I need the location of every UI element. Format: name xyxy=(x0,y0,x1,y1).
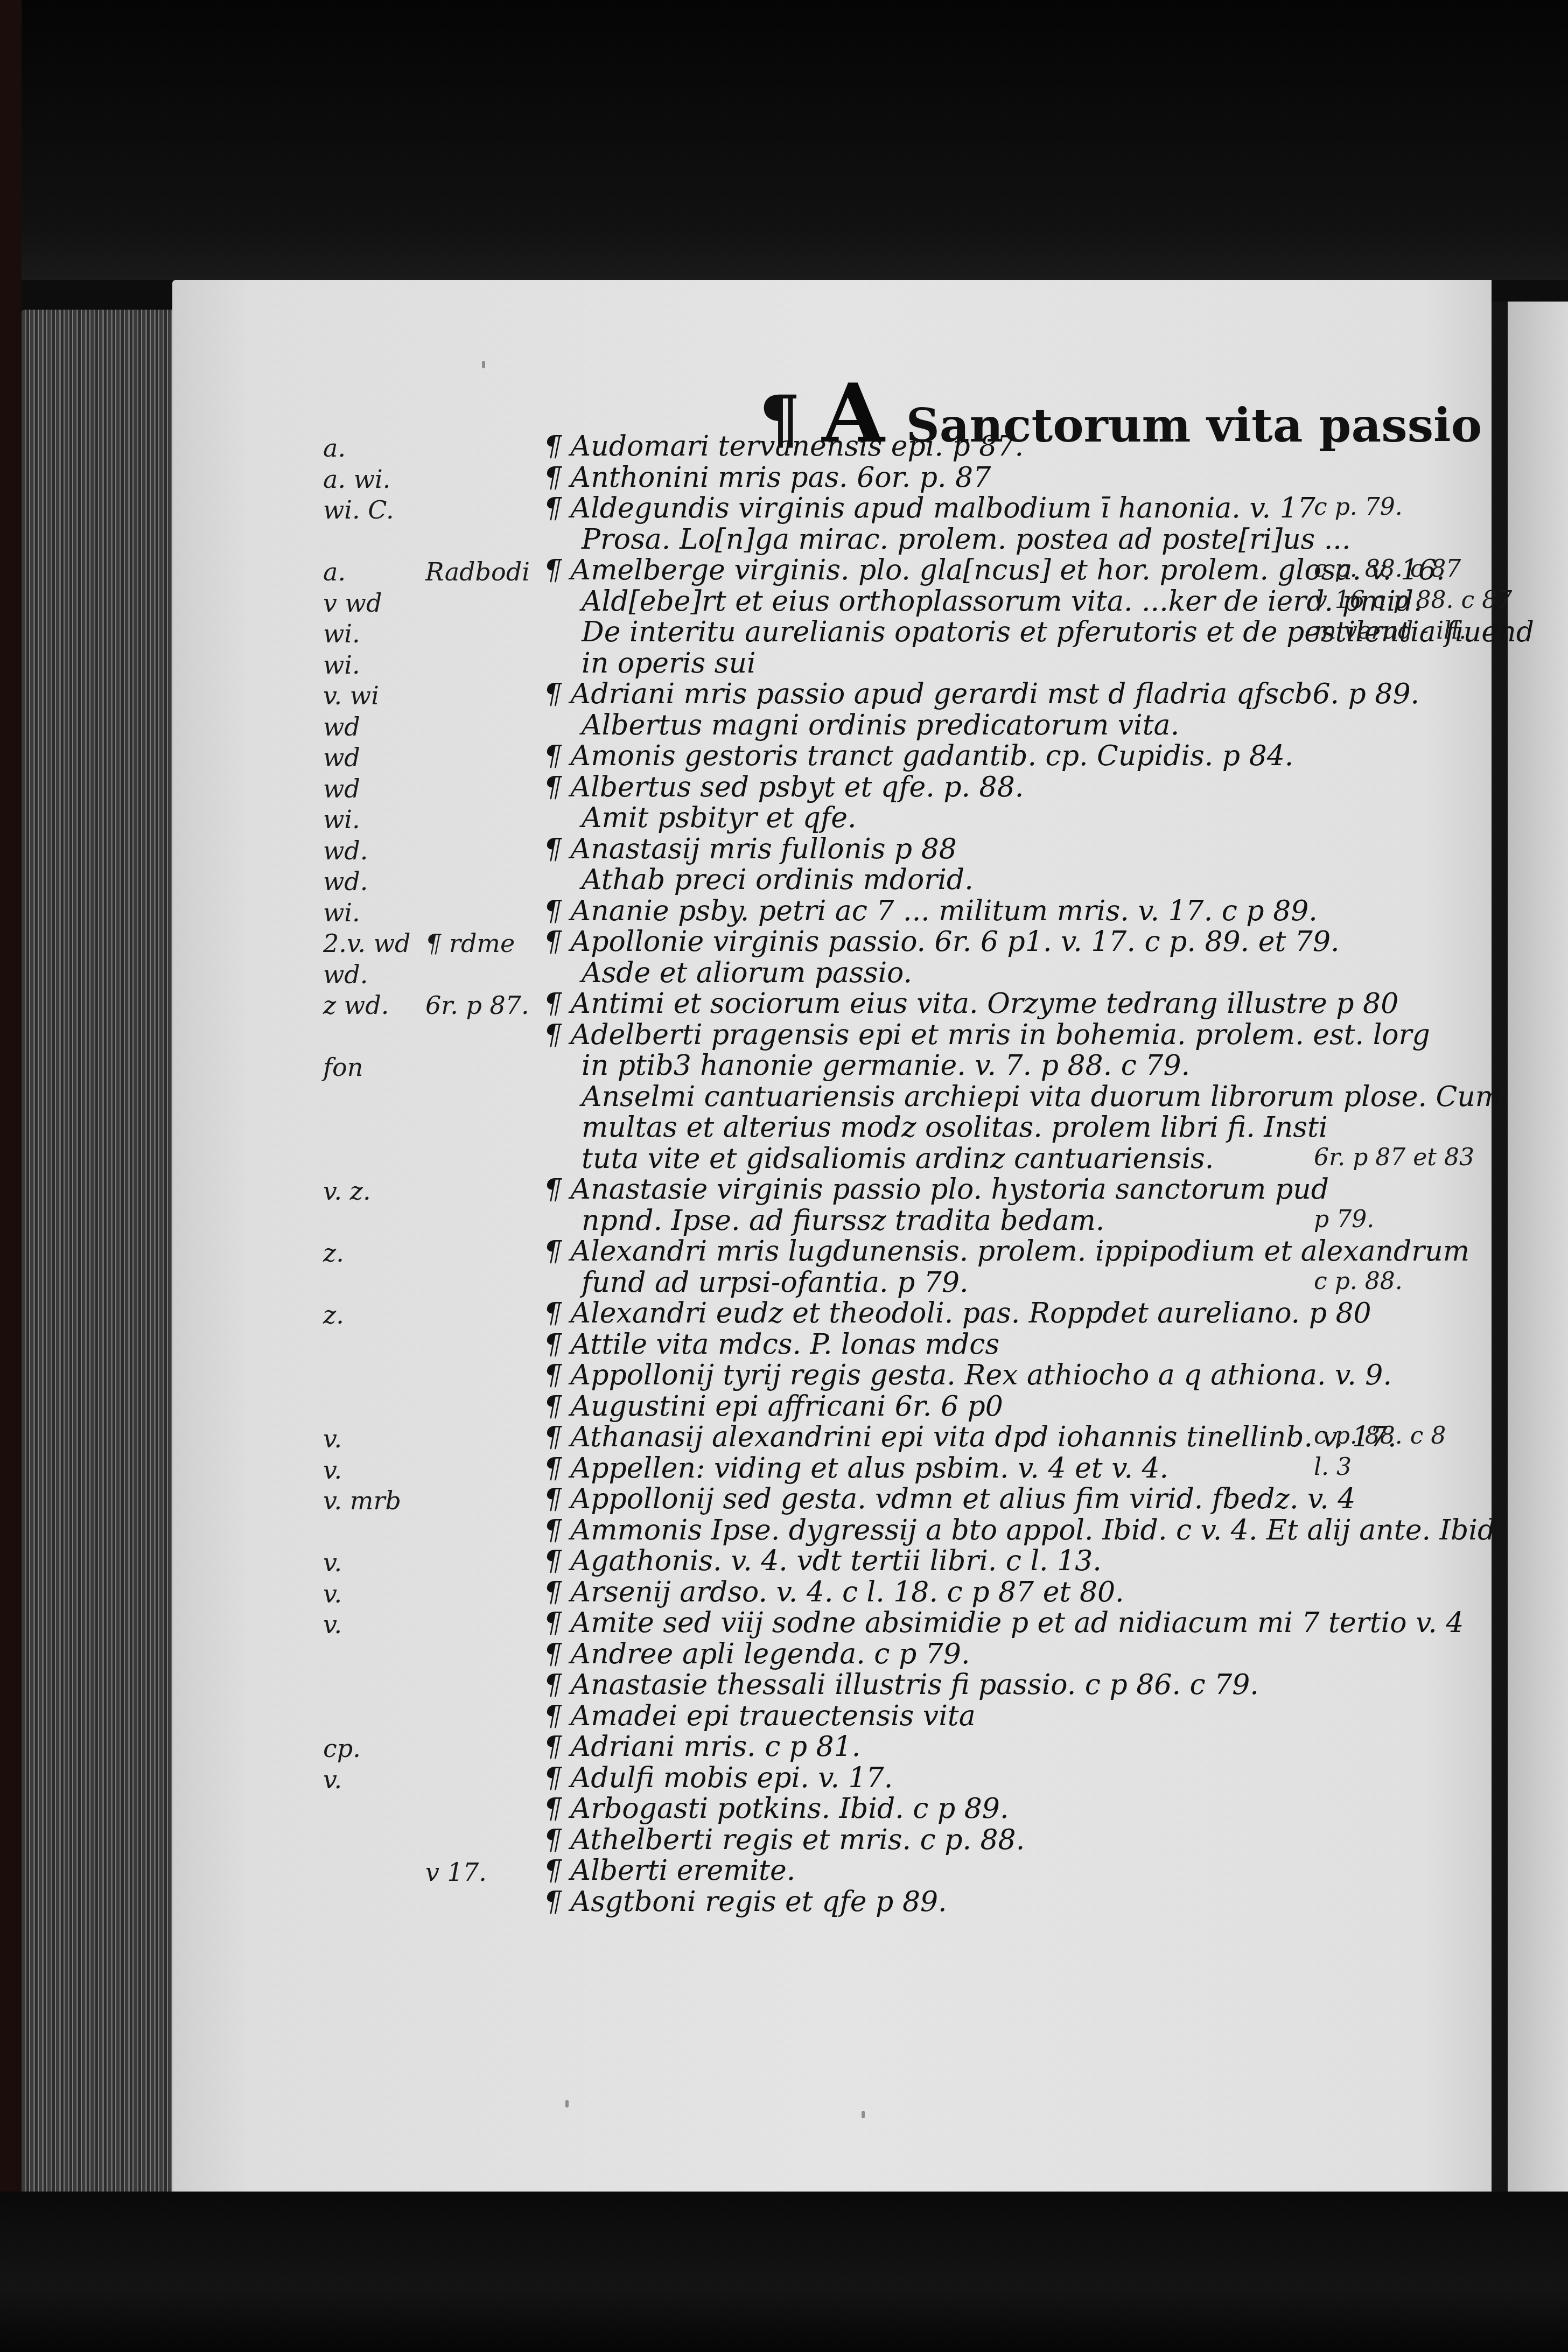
index-entry: ¶ Ananie psby. petri ac 7 ... militum mr… xyxy=(544,895,1318,927)
index-entry: ¶ Anastasie virginis passio plo. hystori… xyxy=(544,1173,1329,1206)
right-margin-note: c p. 88. c 8 xyxy=(1314,1422,1446,1450)
index-entry: ¶ Alexandri mris lugdunensis. prolem. ip… xyxy=(544,1235,1469,1268)
index-entry: ¶ Amite sed viij sodne absimidie p et ad… xyxy=(544,1607,1464,1639)
index-entry: ¶ Arsenij ardso. v. 4. c l. 18. c p 87 e… xyxy=(544,1576,1124,1608)
index-entry: Albertus magni ordinis predicatorum vita… xyxy=(582,709,1179,741)
margin-siglum: wd. xyxy=(323,836,368,865)
margin-annotation: Radbodi xyxy=(425,557,530,586)
paper-speck xyxy=(862,2111,865,2118)
index-entry: fund ad urpsi-ofantia. p 79. xyxy=(582,1266,969,1299)
index-entry: ¶ Anthonini mris pas. 6or. p. 87 xyxy=(544,461,991,494)
right-margin-note: c p. 88. c 87 xyxy=(1314,555,1461,583)
index-entry: ¶ Anastasie thessali illustris fi passio… xyxy=(544,1669,1259,1701)
index-entry: Asde et aliorum passio. xyxy=(582,957,912,989)
margin-siglum: wd xyxy=(323,743,360,772)
index-entry: in ptib3 hanonie germanie. v. 7. p 88. c… xyxy=(582,1049,1190,1082)
index-entry: ¶ Athelberti regis et mris. c p. 88. xyxy=(544,1824,1025,1856)
right-margin-note: v 16 c p 88. c 87 xyxy=(1314,586,1512,614)
right-margin-note: c p. 88. xyxy=(1314,1268,1403,1295)
index-entry: ¶ Agathonis. v. 4. vdt tertii libri. c l… xyxy=(544,1545,1102,1577)
index-entry: ¶ Appollonij tyrij regis gesta. Rex athi… xyxy=(544,1359,1392,1391)
right-margin-note: m verud - ill. xyxy=(1314,617,1466,645)
margin-siglum: v. xyxy=(323,1610,342,1639)
photo-background-bottom xyxy=(0,2192,1568,2352)
margin-siglum: wd xyxy=(323,774,360,803)
index-entry: ¶ Appollonij sed gesta. vdmn et alius fi… xyxy=(544,1483,1355,1515)
index-entry: tuta vite et gidsaliomis ardinz cantuari… xyxy=(582,1143,1214,1175)
index-entry: ¶ Ammonis Ipse. dygressij a bto appol. I… xyxy=(544,1514,1495,1546)
margin-siglum: v. xyxy=(323,1765,342,1794)
margin-siglum: wi. xyxy=(323,619,360,648)
index-entry: ¶ Albertus sed psbyt et qfe. p. 88. xyxy=(544,771,1024,803)
index-entry: ¶ Anastasij mris fullonis p 88 xyxy=(544,833,957,865)
margin-annotation: 6r. p 87. xyxy=(425,991,529,1020)
index-entry: Anselmi cantuariensis archiepi vita duor… xyxy=(582,1081,1502,1113)
index-entry: ¶ Athanasij alexandrini epi vita dpd ioh… xyxy=(544,1421,1397,1453)
index-entry: ¶ Appellen: viding et alus psbim. v. 4 e… xyxy=(544,1452,1168,1485)
margin-siglum: v wd xyxy=(323,589,382,618)
index-entry: ¶ Amadei epi trauectensis vita xyxy=(544,1700,976,1732)
margin-siglum: z. xyxy=(323,1238,344,1268)
index-entry: ¶ Adulfi mobis epi. v. 17. xyxy=(544,1762,893,1794)
margin-siglum: wd. xyxy=(323,867,368,896)
margin-siglum: a. wi. xyxy=(323,465,390,494)
index-entry: ¶ Amonis gestoris tranct gadantib. cp. C… xyxy=(544,740,1293,772)
index-entry: ¶ Adelberti pragensis epi et mris in boh… xyxy=(544,1019,1430,1051)
index-entry: ¶ Audomari tervanensis epi. p 87. xyxy=(544,430,1024,463)
margin-siglum: v. xyxy=(323,1455,342,1485)
margin-annotation: ¶ rdme xyxy=(425,929,515,958)
index-entry: ¶ Amelberge virginis. plo. gla[ncus] et … xyxy=(544,554,1445,586)
margin-siglum: z. xyxy=(323,1300,344,1329)
index-entry: multas et alterius modz osolitas. prolem… xyxy=(582,1111,1328,1144)
index-entry: ¶ Alberti eremite. xyxy=(544,1854,795,1887)
right-margin-note: c p. 79. xyxy=(1314,493,1403,521)
margin-siglum: fon xyxy=(323,1053,363,1082)
margin-siglum: wd. xyxy=(323,960,368,989)
index-entry: ¶ Asgtboni regis et qfe p 89. xyxy=(544,1886,947,1918)
photo-border-left xyxy=(0,0,22,2352)
right-margin-note: p 79. xyxy=(1314,1206,1374,1233)
margin-siglum: z wd. xyxy=(323,991,389,1020)
facing-page-edge xyxy=(1508,302,1568,2202)
margin-siglum: wi. xyxy=(323,805,360,834)
index-entry: Athab preci ordinis mdorid. xyxy=(582,864,974,896)
margin-siglum: v. xyxy=(323,1579,342,1608)
index-entry: Amit psbityr et qfe. xyxy=(582,802,857,834)
index-entry: ¶ Attile vita mdcs. P. lonas mdcs xyxy=(544,1328,999,1361)
index-entry: ¶ Antimi et sociorum eius vita. Orzyme t… xyxy=(544,988,1398,1020)
index-entry: ¶ Aldegundis virginis apud malbodium ī h… xyxy=(544,492,1315,524)
right-margin-note: 6r. p 87 et 83 xyxy=(1314,1144,1474,1171)
index-entry: ¶ Augustini epi affricani 6r. 6 p0 xyxy=(544,1390,1003,1423)
index-entry: Prosa. Lo[n]ga mirac. prolem. postea ad … xyxy=(582,523,1350,556)
paper-speck xyxy=(565,2100,569,2108)
index-entry: npnd. Ipse. ad fiurssz tradita bedam. xyxy=(582,1205,1104,1237)
margin-siglum: cp. xyxy=(323,1734,361,1763)
index-entry: in operis sui xyxy=(582,647,756,680)
index-entry: ¶ Arbogasti potkins. Ibid. c p 89. xyxy=(544,1793,1009,1825)
index-entry: ¶ Alexandri eudz et theodoli. pas. Roppd… xyxy=(544,1297,1371,1329)
margin-siglum: v. xyxy=(323,1548,342,1577)
margin-siglum: v. z. xyxy=(323,1177,371,1206)
index-entry: Ald[ebe]rt et eius orthoplassorum vita. … xyxy=(582,585,1423,618)
margin-siglum: wi. C. xyxy=(323,495,394,524)
photo-background-top xyxy=(0,0,1568,280)
index-entry: ¶ Adriani mris. c p 81. xyxy=(544,1731,860,1763)
margin-annotation: v 17. xyxy=(425,1858,487,1887)
margin-siglum: v. xyxy=(323,1424,342,1453)
paper-speck xyxy=(482,361,485,368)
right-margin-note: l. 3 xyxy=(1314,1453,1352,1481)
index-entry: ¶ Apollonie virginis passio. 6r. 6 p1. v… xyxy=(544,926,1340,958)
margin-siglum: v. mrb xyxy=(323,1486,401,1515)
index-entry: ¶ Adriani mris passio apud gerardi mst d… xyxy=(544,678,1419,710)
margin-siglum: wd xyxy=(323,712,360,741)
book-fore-edge xyxy=(22,310,178,2210)
margin-siglum: a. xyxy=(323,557,346,586)
margin-siglum: a. xyxy=(323,433,346,463)
margin-siglum: 2.v. wd xyxy=(323,929,410,958)
margin-siglum: wi. xyxy=(323,650,360,680)
index-entry: ¶ Andree apli legenda. c p 79. xyxy=(544,1638,970,1670)
margin-siglum: wi. xyxy=(323,898,360,927)
margin-siglum: v. wi xyxy=(323,681,379,710)
